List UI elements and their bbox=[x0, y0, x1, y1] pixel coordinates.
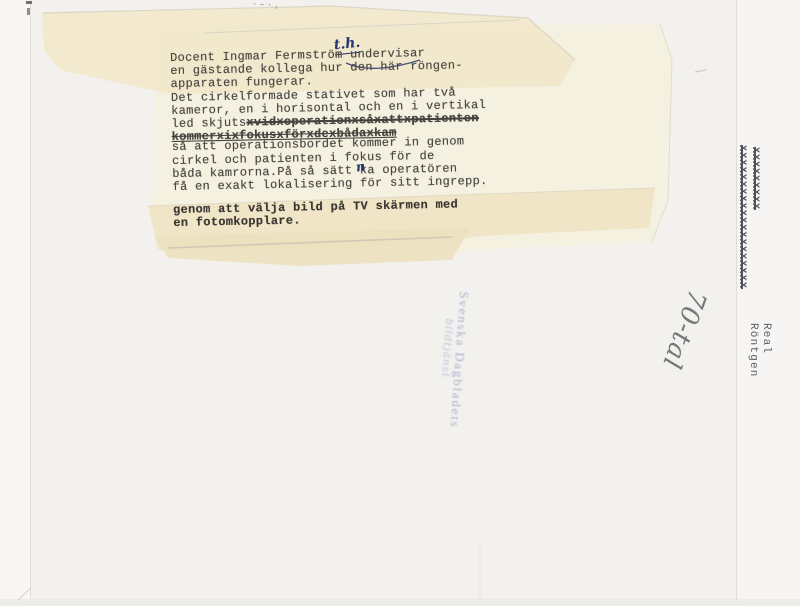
handwritten-archive-number: 70-tal bbox=[656, 286, 712, 373]
typed-caption: Docent Ingmar Fermström undervisar en gä… bbox=[170, 44, 593, 230]
right-margin-strip bbox=[736, 0, 800, 606]
handwritten-n-correction: n bbox=[355, 159, 366, 175]
pencil-marks: ·–·, bbox=[252, 0, 282, 11]
photo-back: ·–·, t.h. Docent Ingmar Fermström underv… bbox=[0, 0, 800, 606]
bottom-scan-edge bbox=[0, 599, 800, 606]
crossed-out-margin-text-1: XXXXXXXXX bbox=[749, 147, 760, 210]
crossed-out-margin-text-2: XXXXXXXXXXXXXXXXXXXX bbox=[736, 145, 747, 289]
category-label-rontgen: Röntgen bbox=[747, 323, 759, 378]
left-margin-strip bbox=[0, 0, 31, 606]
category-label-real: Real bbox=[760, 323, 772, 354]
archive-stamp: Svenska Dagbladets bildtjänst bbox=[435, 290, 472, 429]
